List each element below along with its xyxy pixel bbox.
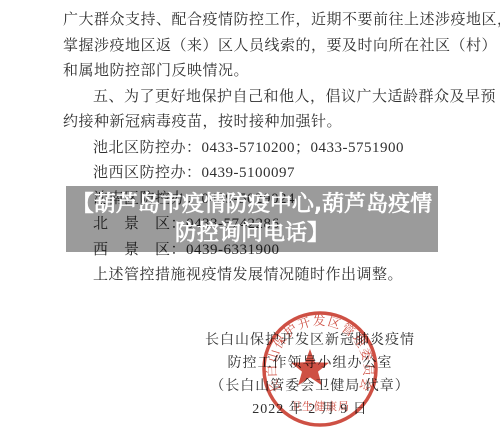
body-line: 和属地防控部门反映情况。 (63, 59, 459, 85)
body-line: 五、为了更好地保护自己和他人，倡议广大适龄群众及早预 (63, 85, 459, 111)
body-line: 上述管控措施视疫情发展情况随时作出调整。 (63, 263, 459, 289)
body-line: 约接种新冠病毒疫苗，按时接种加强针。 (63, 110, 459, 136)
watermark-caption-line1: 【葫芦岛市疫情防疫中心,葫芦岛疫情 (72, 190, 432, 219)
official-seal-stamp: 长白山保护开发区管理委员会 卫生健康局 (252, 306, 388, 432)
star-icon (291, 349, 329, 385)
watermark-caption: 【葫芦岛市疫情防疫中心,葫芦岛疫情 防控询问电话】 (60, 186, 444, 252)
watermark-caption-line2: 防控询问电话】 (175, 219, 329, 248)
document-page: 广大群众支持、配合疫情防控工作，近期不要前往上述涉疫地区， 掌握涉疫地区返（来）… (0, 0, 500, 436)
seal-bottom-text: 卫生健康局 (290, 399, 350, 413)
phone-line-chixi: 池西区防控办：0439-5100097 (63, 161, 459, 187)
body-line: 广大群众支持、配合疫情防控工作，近期不要前往上述涉疫地区， (63, 8, 459, 34)
phone-line-chibei: 池北区防控办：0433-5710200；0433-5751900 (63, 136, 459, 162)
body-line: 掌握涉疫地区返（来）区人员线索的，要及时向所在社区（村） (63, 34, 459, 60)
